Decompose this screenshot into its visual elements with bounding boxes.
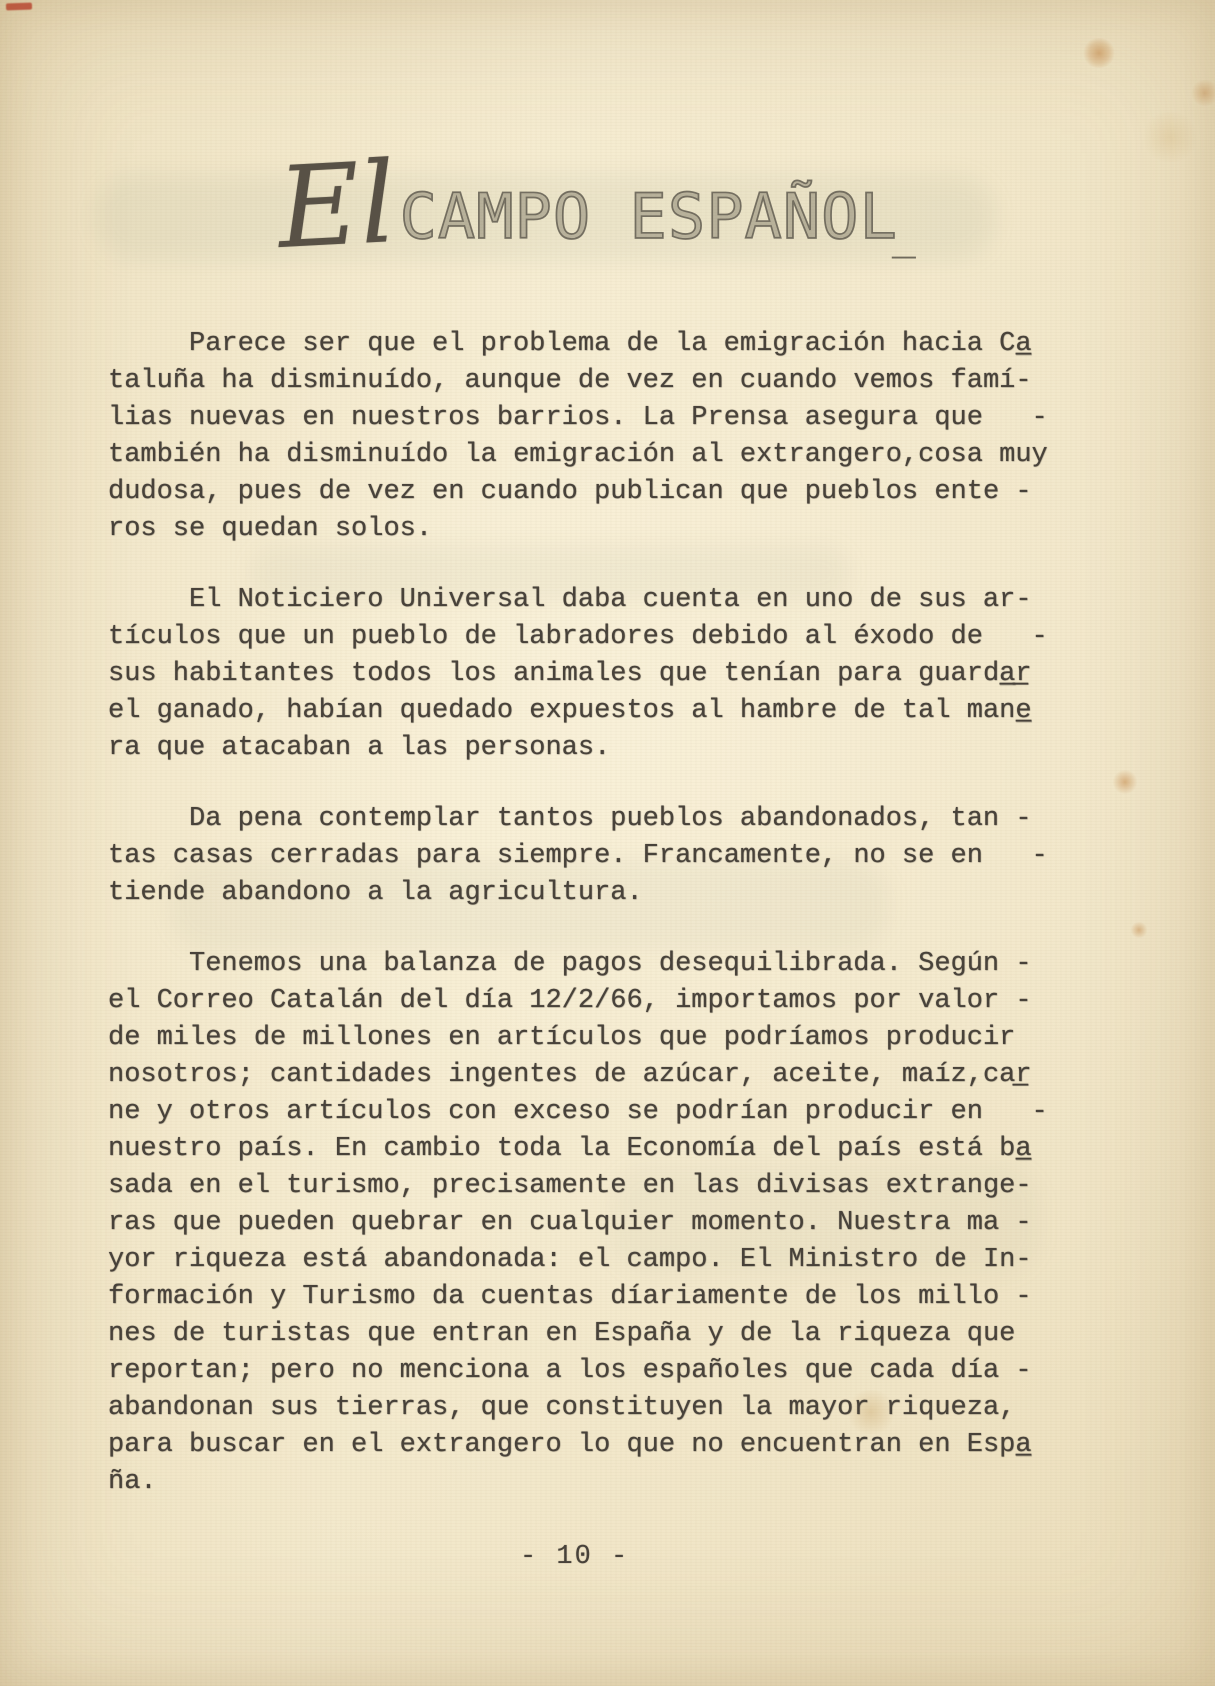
text-line: el ganado, habían quedado expuestos al h… — [108, 693, 1048, 730]
text-line: ne y otros artículos con exceso se podrí… — [108, 1094, 1048, 1131]
text-line: formación y Turismo da cuentas díariamen… — [108, 1279, 1048, 1316]
text-line: también ha disminuído la emigración al e… — [108, 437, 1048, 474]
text-line: el Correo Catalán del día 12/2/66, impor… — [108, 983, 1048, 1020]
text-line: sus habitantes todos los animales que te… — [108, 656, 1048, 693]
paragraph: El Noticiero Universal daba cuenta en un… — [108, 582, 1048, 767]
paragraph: Tenemos una balanza de pagos desequilibr… — [108, 946, 1048, 1501]
title-underscore-mark: _ — [892, 222, 916, 267]
text-line: tículos que un pueblo de labradores debi… — [108, 619, 1048, 656]
text-line: nuestro país. En cambio toda la Economía… — [108, 1131, 1048, 1168]
text-line: sada en el turismo, precisamente en las … — [108, 1168, 1048, 1205]
text-line: yor riqueza está abandonada: el campo. E… — [108, 1242, 1048, 1279]
text-line: taluña ha disminuído, aunque de vez en c… — [108, 363, 1048, 400]
rust-stain — [1140, 112, 1200, 162]
paragraph: Parece ser que el problema de la emigrac… — [108, 326, 1048, 548]
text-line: Parece ser que el problema de la emigrac… — [108, 326, 1048, 363]
text-line: nosotros; cantidades ingentes de azúcar,… — [108, 1057, 1048, 1094]
text-line: para buscar en el extrangero lo que no e… — [108, 1427, 1048, 1464]
text-line: reportan; pero no menciona a los español… — [108, 1353, 1048, 1390]
text-line: nes de turistas que entran en España y d… — [108, 1316, 1048, 1353]
text-line: El Noticiero Universal daba cuenta en un… — [108, 582, 1048, 619]
text-line: dudosa, pues de vez en cuando publican q… — [108, 474, 1048, 511]
page-number: - 10 - — [520, 1542, 629, 1572]
title-script-word: El — [275, 147, 398, 265]
document-body: Parece ser que el problema de la emigrac… — [108, 326, 1048, 1535]
text-line: Da pena contemplar tantos pueblos abando… — [108, 801, 1048, 838]
text-line: ña. — [108, 1464, 1048, 1501]
text-line: ras que pueden quebrar en cualquier mome… — [108, 1205, 1048, 1242]
red-corner-mark — [6, 3, 32, 11]
text-line: de miles de millones en artículos que po… — [108, 1020, 1048, 1057]
text-line: lias nuevas en nuestros barrios. La Pren… — [108, 400, 1048, 437]
rust-stain — [1082, 38, 1116, 68]
text-line: tas casas cerradas para siempre. Francam… — [108, 838, 1048, 875]
rust-stain — [1130, 922, 1148, 938]
scanned-page: ElCAMPO ESPAÑOL_ Parece ser que el probl… — [0, 0, 1215, 1686]
text-line: Tenemos una balanza de pagos desequilibr… — [108, 946, 1048, 983]
text-line: abandonan sus tierras, que constituyen l… — [108, 1390, 1048, 1427]
page-title: CAMPO ESPAÑOL — [400, 180, 898, 253]
paragraph: Da pena contemplar tantos pueblos abando… — [108, 801, 1048, 912]
rust-stain — [1112, 770, 1138, 794]
text-line: ros se quedan solos. — [108, 511, 1048, 548]
text-line: ra que atacaban a las personas. — [108, 730, 1048, 767]
document-title: ElCAMPO ESPAÑOL_ — [278, 150, 916, 267]
rust-stain — [1190, 80, 1215, 106]
text-line: tiende abandono a la agricultura. — [108, 875, 1048, 912]
